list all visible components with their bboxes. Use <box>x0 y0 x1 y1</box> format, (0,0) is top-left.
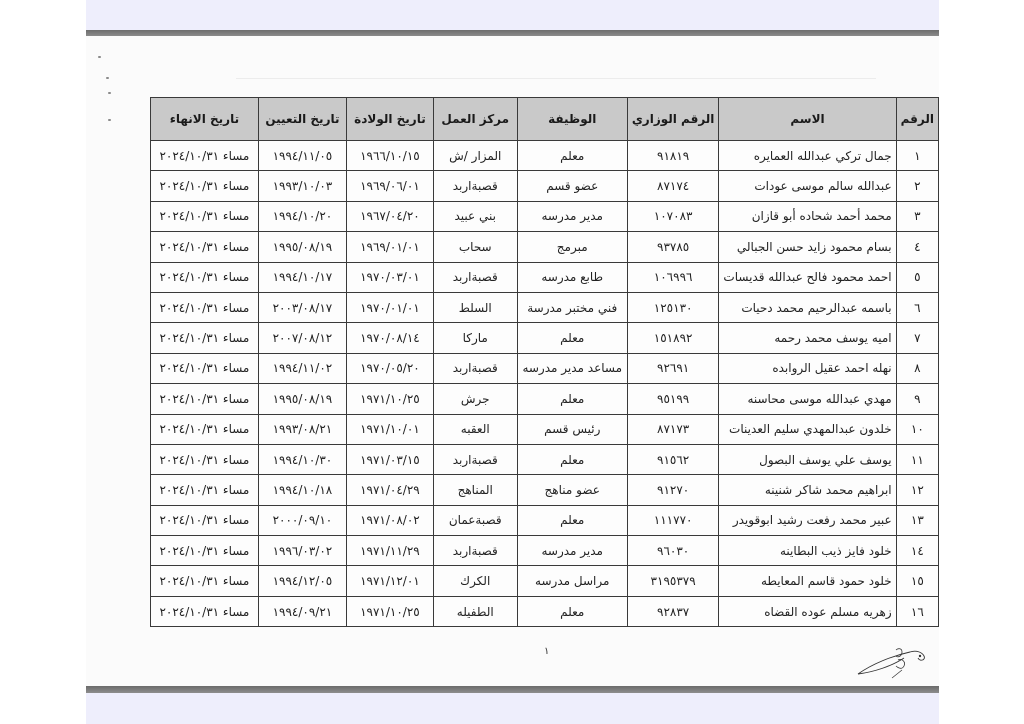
cell-appointment-date: ١٩٩٣/١٠/٠٣ <box>258 171 346 201</box>
cell-name: اميه يوسف محمد رحمه <box>719 323 896 353</box>
header-num: الرقم <box>896 98 938 141</box>
page-bottom-edge <box>86 686 939 693</box>
cell-name: احمد محمود فالح عبدالله قديسات <box>719 262 896 292</box>
cell-job: مساعد مدير مدرسه <box>517 353 627 383</box>
cell-work-center: المناهج <box>433 475 517 505</box>
cell-birth-date: ١٩٧١/٠٨/٠٢ <box>347 505 434 535</box>
cell-birth-date: ١٩٦٦/١٠/١٥ <box>347 141 434 171</box>
table-row: ٢عبدالله سالم موسى عودات٨٧١٧٤عضو قسمقصبة… <box>151 171 939 201</box>
cell-job: عضو مناهج <box>517 475 627 505</box>
cell-birth-date: ١٩٧١/١٠/٢٥ <box>347 384 434 414</box>
cell-end-date: مساء ٢٠٢٤/١٠/٣١ <box>151 171 259 201</box>
cell-num: ٦ <box>896 292 938 322</box>
table-row: ٩مهدي عبدالله موسى محاسنه٩٥١٩٩معلمجرش١٩٧… <box>151 384 939 414</box>
header-job: الوظيفة <box>517 98 627 141</box>
cell-ministry-id: ١٢٥١٣٠ <box>627 292 719 322</box>
table-row: ٣محمد أحمد شحاده أبو قازان١٠٧٠٨٣مدير مدر… <box>151 201 939 231</box>
table-row: ١١يوسف علي يوسف البصول٩١٥٦٢معلمقصبةاربد١… <box>151 444 939 474</box>
cell-end-date: مساء ٢٠٢٤/١٠/٣١ <box>151 353 259 383</box>
cell-appointment-date: ١٩٩٣/٠٨/٢١ <box>258 414 346 444</box>
cell-job: معلم <box>517 596 627 626</box>
cell-num: ٩ <box>896 384 938 414</box>
cell-work-center: قصبةاربد <box>433 444 517 474</box>
cell-end-date: مساء ٢٠٢٤/١٠/٣١ <box>151 201 259 231</box>
cell-num: ٧ <box>896 323 938 353</box>
cell-end-date: مساء ٢٠٢٤/١٠/٣١ <box>151 323 259 353</box>
cell-birth-date: ١٩٧١/٠٤/٢٩ <box>347 475 434 505</box>
cell-birth-date: ١٩٧٠/٠٥/٢٠ <box>347 353 434 383</box>
cell-birth-date: ١٩٧٠/٠٨/١٤ <box>347 323 434 353</box>
cell-job: مدير مدرسه <box>517 201 627 231</box>
document-page: الرقم الاسم الرقم الوزاري الوظيفة مركز ا… <box>86 36 939 686</box>
cell-appointment-date: ٢٠٠٣/٠٨/١٧ <box>258 292 346 322</box>
table-row: ٨نهله احمد عقيل الروابده٩٢٦٩١مساعد مدير … <box>151 353 939 383</box>
cell-birth-date: ١٩٧٠/٠١/٠١ <box>347 292 434 322</box>
cell-job: طابع مدرسه <box>517 262 627 292</box>
table-row: ٧اميه يوسف محمد رحمه١٥١٨٩٢معلمماركا١٩٧٠/… <box>151 323 939 353</box>
cell-work-center: قصبةاربد <box>433 262 517 292</box>
cell-work-center: العقبه <box>433 414 517 444</box>
scan-mark <box>108 119 111 121</box>
cell-num: ٤ <box>896 232 938 262</box>
cell-ministry-id: ٩٢٨٣٧ <box>627 596 719 626</box>
table-row: ١٦زهريه مسلم عوده القضاه٩٢٨٣٧معلمالطفيله… <box>151 596 939 626</box>
cell-work-center: جرش <box>433 384 517 414</box>
cell-end-date: مساء ٢٠٢٤/١٠/٣١ <box>151 505 259 535</box>
table-row: ١٤خلود فايز ذيب البطاينه٩٦٠٣٠مدير مدرسهق… <box>151 536 939 566</box>
cell-end-date: مساء ٢٠٢٤/١٠/٣١ <box>151 475 259 505</box>
cell-name: محمد أحمد شحاده أبو قازان <box>719 201 896 231</box>
cell-ministry-id: ٣١٩٥٣٧٩ <box>627 566 719 596</box>
cell-num: ١٤ <box>896 536 938 566</box>
cell-work-center: المزار /ش <box>433 141 517 171</box>
header-work-center: مركز العمل <box>433 98 517 141</box>
cell-appointment-date: ١٩٩٥/٠٨/١٩ <box>258 384 346 414</box>
cell-name: عبير محمد رفعت رشيد ابوقويدر <box>719 505 896 535</box>
cell-num: ١٠ <box>896 414 938 444</box>
cell-name: نهله احمد عقيل الروابده <box>719 353 896 383</box>
cell-num: ١٥ <box>896 566 938 596</box>
cell-work-center: سحاب <box>433 232 517 262</box>
cell-appointment-date: ٢٠٠٠/٠٩/١٠ <box>258 505 346 535</box>
cell-name: خلود فايز ذيب البطاينه <box>719 536 896 566</box>
cell-appointment-date: ١٩٩٥/٠٨/١٩ <box>258 232 346 262</box>
employees-table: الرقم الاسم الرقم الوزاري الوظيفة مركز ا… <box>150 97 939 627</box>
cell-appointment-date: ١٩٩٤/٠٩/٢١ <box>258 596 346 626</box>
cell-ministry-id: ٩٥١٩٩ <box>627 384 719 414</box>
cell-job: مبرمج <box>517 232 627 262</box>
cell-work-center: ماركا <box>433 323 517 353</box>
cell-num: ١٢ <box>896 475 938 505</box>
cell-name: زهريه مسلم عوده القضاه <box>719 596 896 626</box>
cell-birth-date: ١٩٧١/١٠/٢٥ <box>347 596 434 626</box>
cell-work-center: الكرك <box>433 566 517 596</box>
cell-appointment-date: ١٩٩٦/٠٣/٠٢ <box>258 536 346 566</box>
cell-job: مراسل مدرسه <box>517 566 627 596</box>
cell-job: فني مختبر مدرسة <box>517 292 627 322</box>
cell-num: ٥ <box>896 262 938 292</box>
cell-end-date: مساء ٢٠٢٤/١٠/٣١ <box>151 596 259 626</box>
cell-ministry-id: ٩١٢٧٠ <box>627 475 719 505</box>
cell-work-center: السلط <box>433 292 517 322</box>
cell-end-date: مساء ٢٠٢٤/١٠/٣١ <box>151 232 259 262</box>
cell-appointment-date: ١٩٩٤/١٢/٠٥ <box>258 566 346 596</box>
cell-appointment-date: ٢٠٠٧/٠٨/١٢ <box>258 323 346 353</box>
cell-birth-date: ١٩٧١/١٢/٠١ <box>347 566 434 596</box>
cell-birth-date: ١٩٦٧/٠٤/٢٠ <box>347 201 434 231</box>
cell-num: ١ <box>896 141 938 171</box>
cell-num: ١١ <box>896 444 938 474</box>
cell-name: عبدالله سالم موسى عودات <box>719 171 896 201</box>
cell-job: رئيس قسم <box>517 414 627 444</box>
table-row: ١٠خلدون عبدالمهدي سليم العدينات٨٧١٧٣رئيس… <box>151 414 939 444</box>
header-end-date: تاريخ الانهاء <box>151 98 259 141</box>
cell-ministry-id: ٩٣٧٨٥ <box>627 232 719 262</box>
cell-num: ٢ <box>896 171 938 201</box>
cell-end-date: مساء ٢٠٢٤/١٠/٣١ <box>151 262 259 292</box>
cell-end-date: مساء ٢٠٢٤/١٠/٣١ <box>151 292 259 322</box>
cell-name: خلود حمود قاسم المعايطه <box>719 566 896 596</box>
cell-end-date: مساء ٢٠٢٤/١٠/٣١ <box>151 444 259 474</box>
cell-work-center: بني عبيد <box>433 201 517 231</box>
scan-mark <box>98 56 101 58</box>
cell-ministry-id: ١٠٦٩٩٦ <box>627 262 719 292</box>
cell-work-center: قصبةاربد <box>433 353 517 383</box>
signature-icon <box>852 644 932 680</box>
cell-num: ٨ <box>896 353 938 383</box>
cell-end-date: مساء ٢٠٢٤/١٠/٣١ <box>151 566 259 596</box>
table-row: ١٢ابراهيم محمد شاكر شنينه٩١٢٧٠عضو مناهجا… <box>151 475 939 505</box>
cell-job: معلم <box>517 141 627 171</box>
cell-ministry-id: ٩٦٠٣٠ <box>627 536 719 566</box>
cell-appointment-date: ١٩٩٤/١١/٠٥ <box>258 141 346 171</box>
header-ministry-id: الرقم الوزاري <box>627 98 719 141</box>
header-name: الاسم <box>719 98 896 141</box>
cell-birth-date: ١٩٦٩/٠١/٠١ <box>347 232 434 262</box>
table-row: ١٣عبير محمد رفعت رشيد ابوقويدر١١١٧٧٠معلم… <box>151 505 939 535</box>
cell-end-date: مساء ٢٠٢٤/١٠/٣١ <box>151 414 259 444</box>
cell-job: معلم <box>517 505 627 535</box>
cell-end-date: مساء ٢٠٢٤/١٠/٣١ <box>151 384 259 414</box>
table-row: ٤بسام محمود زايد حسن الجبالي٩٣٧٨٥مبرمجسح… <box>151 232 939 262</box>
cell-work-center: قصبةاربد <box>433 171 517 201</box>
cell-name: ابراهيم محمد شاكر شنينه <box>719 475 896 505</box>
cell-end-date: مساء ٢٠٢٤/١٠/٣١ <box>151 141 259 171</box>
cell-name: يوسف علي يوسف البصول <box>719 444 896 474</box>
table-row: ٦باسمه عبدالرحيم محمد دحيات١٢٥١٣٠فني مخت… <box>151 292 939 322</box>
bleed-through-line <box>236 78 876 79</box>
cell-appointment-date: ١٩٩٤/١٠/٣٠ <box>258 444 346 474</box>
cell-job: معلم <box>517 323 627 353</box>
cell-ministry-id: ٩١٨١٩ <box>627 141 719 171</box>
cell-num: ١٣ <box>896 505 938 535</box>
table-header-row: الرقم الاسم الرقم الوزاري الوظيفة مركز ا… <box>151 98 939 141</box>
cell-job: معلم <box>517 444 627 474</box>
cell-ministry-id: ١٠٧٠٨٣ <box>627 201 719 231</box>
cell-ministry-id: ١١١٧٧٠ <box>627 505 719 535</box>
table-row: ٥احمد محمود فالح عبدالله قديسات١٠٦٩٩٦طاب… <box>151 262 939 292</box>
cell-name: خلدون عبدالمهدي سليم العدينات <box>719 414 896 444</box>
cell-appointment-date: ١٩٩٤/١٠/٢٠ <box>258 201 346 231</box>
cell-appointment-date: ١٩٩٤/١١/٠٢ <box>258 353 346 383</box>
cell-ministry-id: ٩١٥٦٢ <box>627 444 719 474</box>
cell-num: ١٦ <box>896 596 938 626</box>
cell-job: معلم <box>517 384 627 414</box>
cell-work-center: قصبةعمان <box>433 505 517 535</box>
cell-ministry-id: ٨٧١٧٤ <box>627 171 719 201</box>
cell-name: باسمه عبدالرحيم محمد دحيات <box>719 292 896 322</box>
scan-mark <box>106 77 109 79</box>
header-appointment-date: تاريخ التعيين <box>258 98 346 141</box>
cell-ministry-id: ٩٢٦٩١ <box>627 353 719 383</box>
cell-work-center: قصبةاربد <box>433 536 517 566</box>
cell-name: بسام محمود زايد حسن الجبالي <box>719 232 896 262</box>
cell-work-center: الطفيله <box>433 596 517 626</box>
cell-ministry-id: ٨٧١٧٣ <box>627 414 719 444</box>
cell-birth-date: ١٩٧٠/٠٣/٠١ <box>347 262 434 292</box>
cell-appointment-date: ١٩٩٤/١٠/١٧ <box>258 262 346 292</box>
table-row: ١جمال تركي عبدالله العمايره٩١٨١٩معلمالمز… <box>151 141 939 171</box>
cell-birth-date: ١٩٧١/٠٣/١٥ <box>347 444 434 474</box>
page-number: ١ <box>544 646 549 657</box>
cell-job: عضو قسم <box>517 171 627 201</box>
cell-appointment-date: ١٩٩٤/١٠/١٨ <box>258 475 346 505</box>
cell-end-date: مساء ٢٠٢٤/١٠/٣١ <box>151 536 259 566</box>
table-row: ١٥خلود حمود قاسم المعايطه٣١٩٥٣٧٩مراسل مد… <box>151 566 939 596</box>
cell-job: مدير مدرسه <box>517 536 627 566</box>
header-birth-date: تاريخ الولادة <box>347 98 434 141</box>
cell-num: ٣ <box>896 201 938 231</box>
cell-birth-date: ١٩٧١/١٠/٠١ <box>347 414 434 444</box>
cell-birth-date: ١٩٦٩/٠٦/٠١ <box>347 171 434 201</box>
cell-birth-date: ١٩٧١/١١/٢٩ <box>347 536 434 566</box>
cell-name: مهدي عبدالله موسى محاسنه <box>719 384 896 414</box>
cell-ministry-id: ١٥١٨٩٢ <box>627 323 719 353</box>
scan-mark <box>108 92 111 94</box>
cell-name: جمال تركي عبدالله العمايره <box>719 141 896 171</box>
